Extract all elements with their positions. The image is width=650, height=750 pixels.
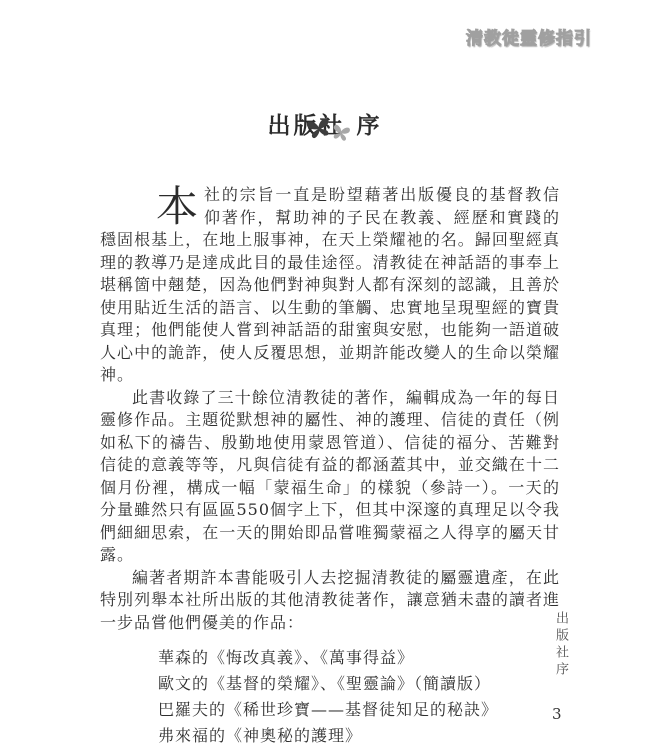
preface-paragraph-3: 編著者期許本書能吸引人去挖掘清教徒的屬靈遺產，在此特別列舉本社所出版的其他清教徒… (100, 567, 560, 635)
butterfly-dark-icon (306, 118, 331, 139)
page-number: 3 (552, 705, 562, 723)
butterfly-ornament (0, 115, 650, 149)
side-section-label: 出版社序 (551, 611, 570, 679)
running-header: 清教徒靈修指引 (466, 24, 592, 49)
drop-cap: 本 (156, 184, 199, 229)
book-list-item: 巴羅夫的《稀世珍寶——基督徒知足的秘訣》 (158, 697, 560, 723)
book-list-item: 弗來福的《神奧秘的護理》 (158, 723, 560, 749)
book-list-item: 歐文的《基督的榮耀》、《聖靈論》（簡讀版） (158, 671, 560, 697)
book-page: 清教徒靈修指引 出版社 序 本社的宗旨一直是盼望藉著出版優良的基督教信仰著作，幫… (0, 0, 650, 750)
preface-paragraph-2: 此書收錄了三十餘位清教徒的著作，編輯成為一年的每日靈修作品。主題從默想神的屬性、… (100, 387, 560, 567)
butterfly-light-icon (331, 124, 350, 141)
preface-body: 本社的宗旨一直是盼望藉著出版優良的基督教信仰著作，幫助神的子民在教義、經歷和實踐… (100, 184, 560, 749)
book-list-item: 華森的《悔改真義》、《萬事得益》 (158, 645, 560, 671)
preface-paragraph-1: 本社的宗旨一直是盼望藉著出版優良的基督教信仰著作，幫助神的子民在教義、經歷和實踐… (100, 184, 560, 387)
book-list: 華森的《悔改真義》、《萬事得益》 歐文的《基督的榮耀》、《聖靈論》（簡讀版） 巴… (158, 645, 560, 749)
